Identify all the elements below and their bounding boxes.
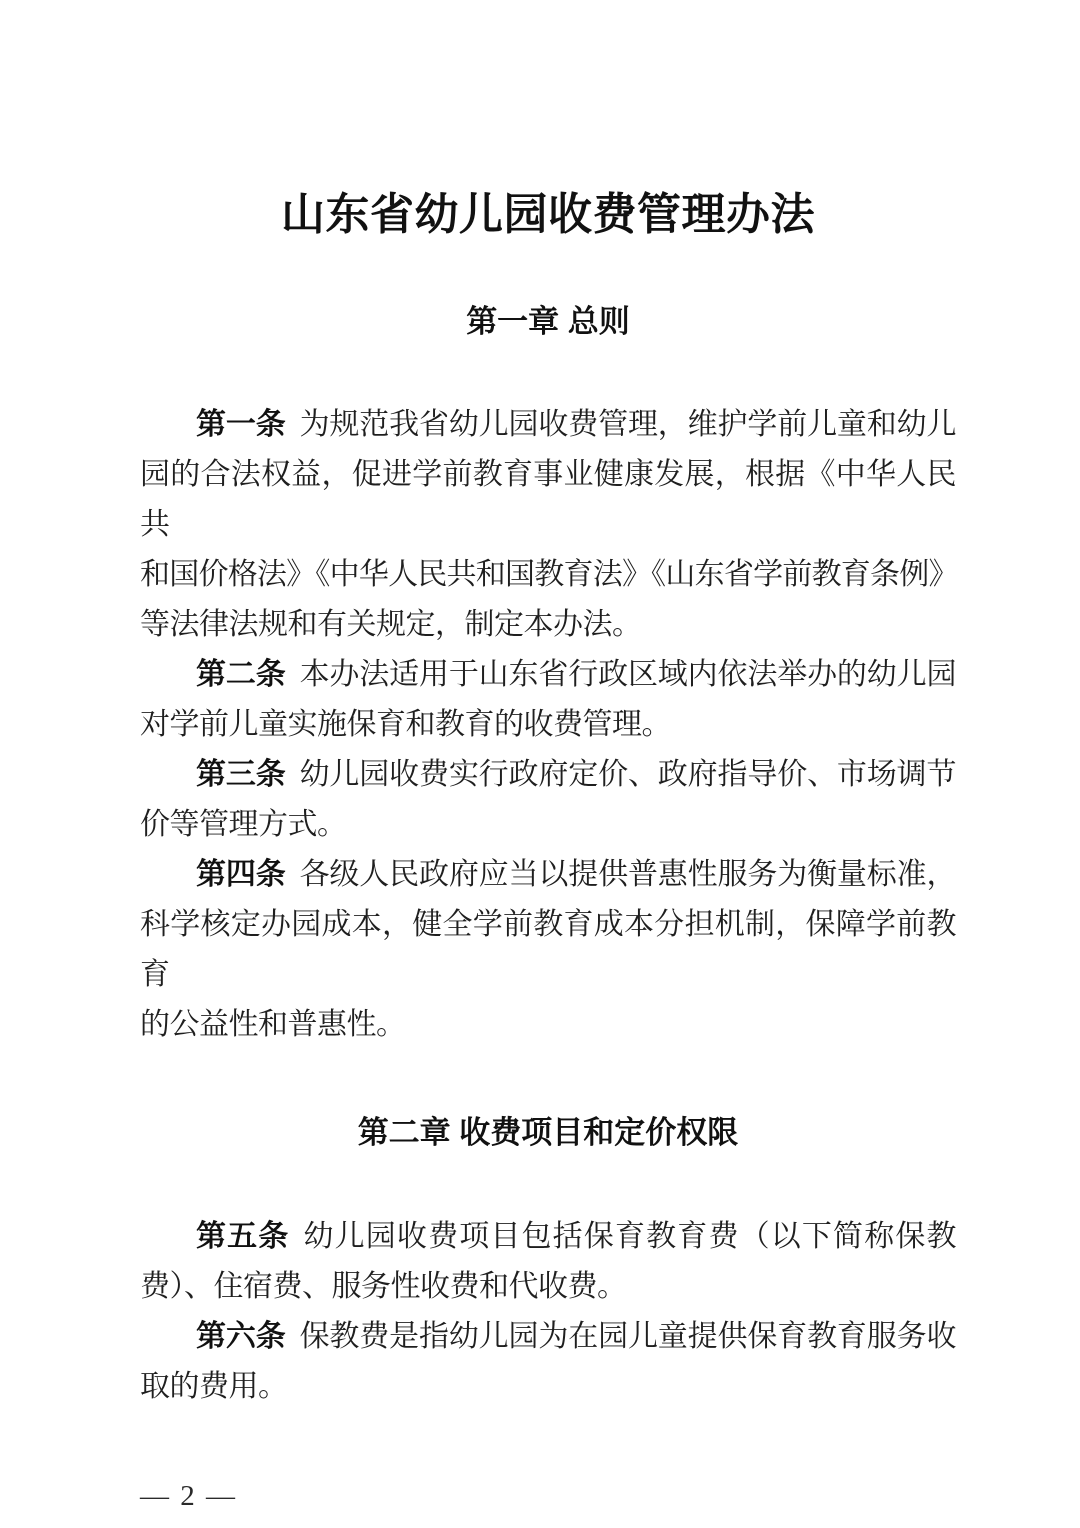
article-line: 的公益性和普惠性。 <box>140 1000 956 1050</box>
article-line: 园的合法权益，促进学前教育事业健康发展，根据《中华人民共 <box>140 450 956 550</box>
article-text: 为规范我省幼儿园收费管理，维护学前儿童和幼儿 <box>300 408 956 441</box>
article-5-label: 第五条 <box>196 1220 289 1253</box>
article-line: 第三条幼儿园收费实行政府定价、政府指导价、市场调节 <box>140 750 956 800</box>
article-6-label: 第六条 <box>196 1320 286 1353</box>
article-3-label: 第三条 <box>196 758 286 791</box>
article-line: 第五条幼儿园收费项目包括保育教育费（以下简称保教 <box>140 1212 956 1262</box>
article-text: 保教费是指幼儿园为在园儿童提供保育教育服务收 <box>300 1320 956 1353</box>
article-5: 第五条幼儿园收费项目包括保育教育费（以下简称保教 费）、住宿费、服务性收费和代收… <box>140 1212 956 1312</box>
article-line: 第四条各级人民政府应当以提供普惠性服务为衡量标准， <box>140 850 956 900</box>
article-1: 第一条为规范我省幼儿园收费管理，维护学前儿童和幼儿 园的合法权益，促进学前教育事… <box>140 400 956 650</box>
document-page: 山东省幼儿园收费管理办法 第一章 总则 第一条为规范我省幼儿园收费管理，维护学前… <box>0 0 1080 1528</box>
article-line: 费）、住宿费、服务性收费和代收费。 <box>140 1262 956 1312</box>
article-line: 第二条本办法适用于山东省行政区域内依法举办的幼儿园 <box>140 650 956 700</box>
page-number: — 2 — <box>140 1478 1080 1514</box>
document-content: 山东省幼儿园收费管理办法 第一章 总则 第一条为规范我省幼儿园收费管理，维护学前… <box>140 188 956 1412</box>
article-2-label: 第二条 <box>196 658 286 691</box>
article-line: 对学前儿童实施保育和教育的收费管理。 <box>140 700 956 750</box>
article-1-label: 第一条 <box>196 408 286 441</box>
article-line: 第一条为规范我省幼儿园收费管理，维护学前儿童和幼儿 <box>140 400 956 450</box>
article-line: 科学核定办园成本，健全学前教育成本分担机制，保障学前教育 <box>140 900 956 1000</box>
article-line: 价等管理方式。 <box>140 800 956 850</box>
article-text: 幼儿园收费实行政府定价、政府指导价、市场调节 <box>300 758 956 791</box>
article-text: 幼儿园收费项目包括保育教育费（以下简称保教 <box>303 1220 956 1253</box>
article-4: 第四条各级人民政府应当以提供普惠性服务为衡量标准， 科学核定办园成本，健全学前教… <box>140 850 956 1050</box>
chapter-1-heading: 第一章 总则 <box>140 297 956 347</box>
article-3: 第三条幼儿园收费实行政府定价、政府指导价、市场调节 价等管理方式。 <box>140 750 956 850</box>
article-line: 和国价格法》《中华人民共和国教育法》《山东省学前教育条例》 <box>140 550 956 600</box>
article-4-label: 第四条 <box>196 858 286 891</box>
article-text: 各级人民政府应当以提供普惠性服务为衡量标准， <box>300 858 956 891</box>
article-line: 取的费用。 <box>140 1362 956 1412</box>
article-2: 第二条本办法适用于山东省行政区域内依法举办的幼儿园 对学前儿童实施保育和教育的收… <box>140 650 956 750</box>
article-text: 本办法适用于山东省行政区域内依法举办的幼儿园 <box>300 658 956 691</box>
article-6: 第六条保教费是指幼儿园为在园儿童提供保育教育服务收 取的费用。 <box>140 1312 956 1412</box>
article-line: 第六条保教费是指幼儿园为在园儿童提供保育教育服务收 <box>140 1312 956 1362</box>
chapter-2-heading: 第二章 收费项目和定价权限 <box>140 1108 956 1158</box>
article-line: 等法律法规和有关规定，制定本办法。 <box>140 600 956 650</box>
document-title: 山东省幼儿园收费管理办法 <box>140 188 956 242</box>
